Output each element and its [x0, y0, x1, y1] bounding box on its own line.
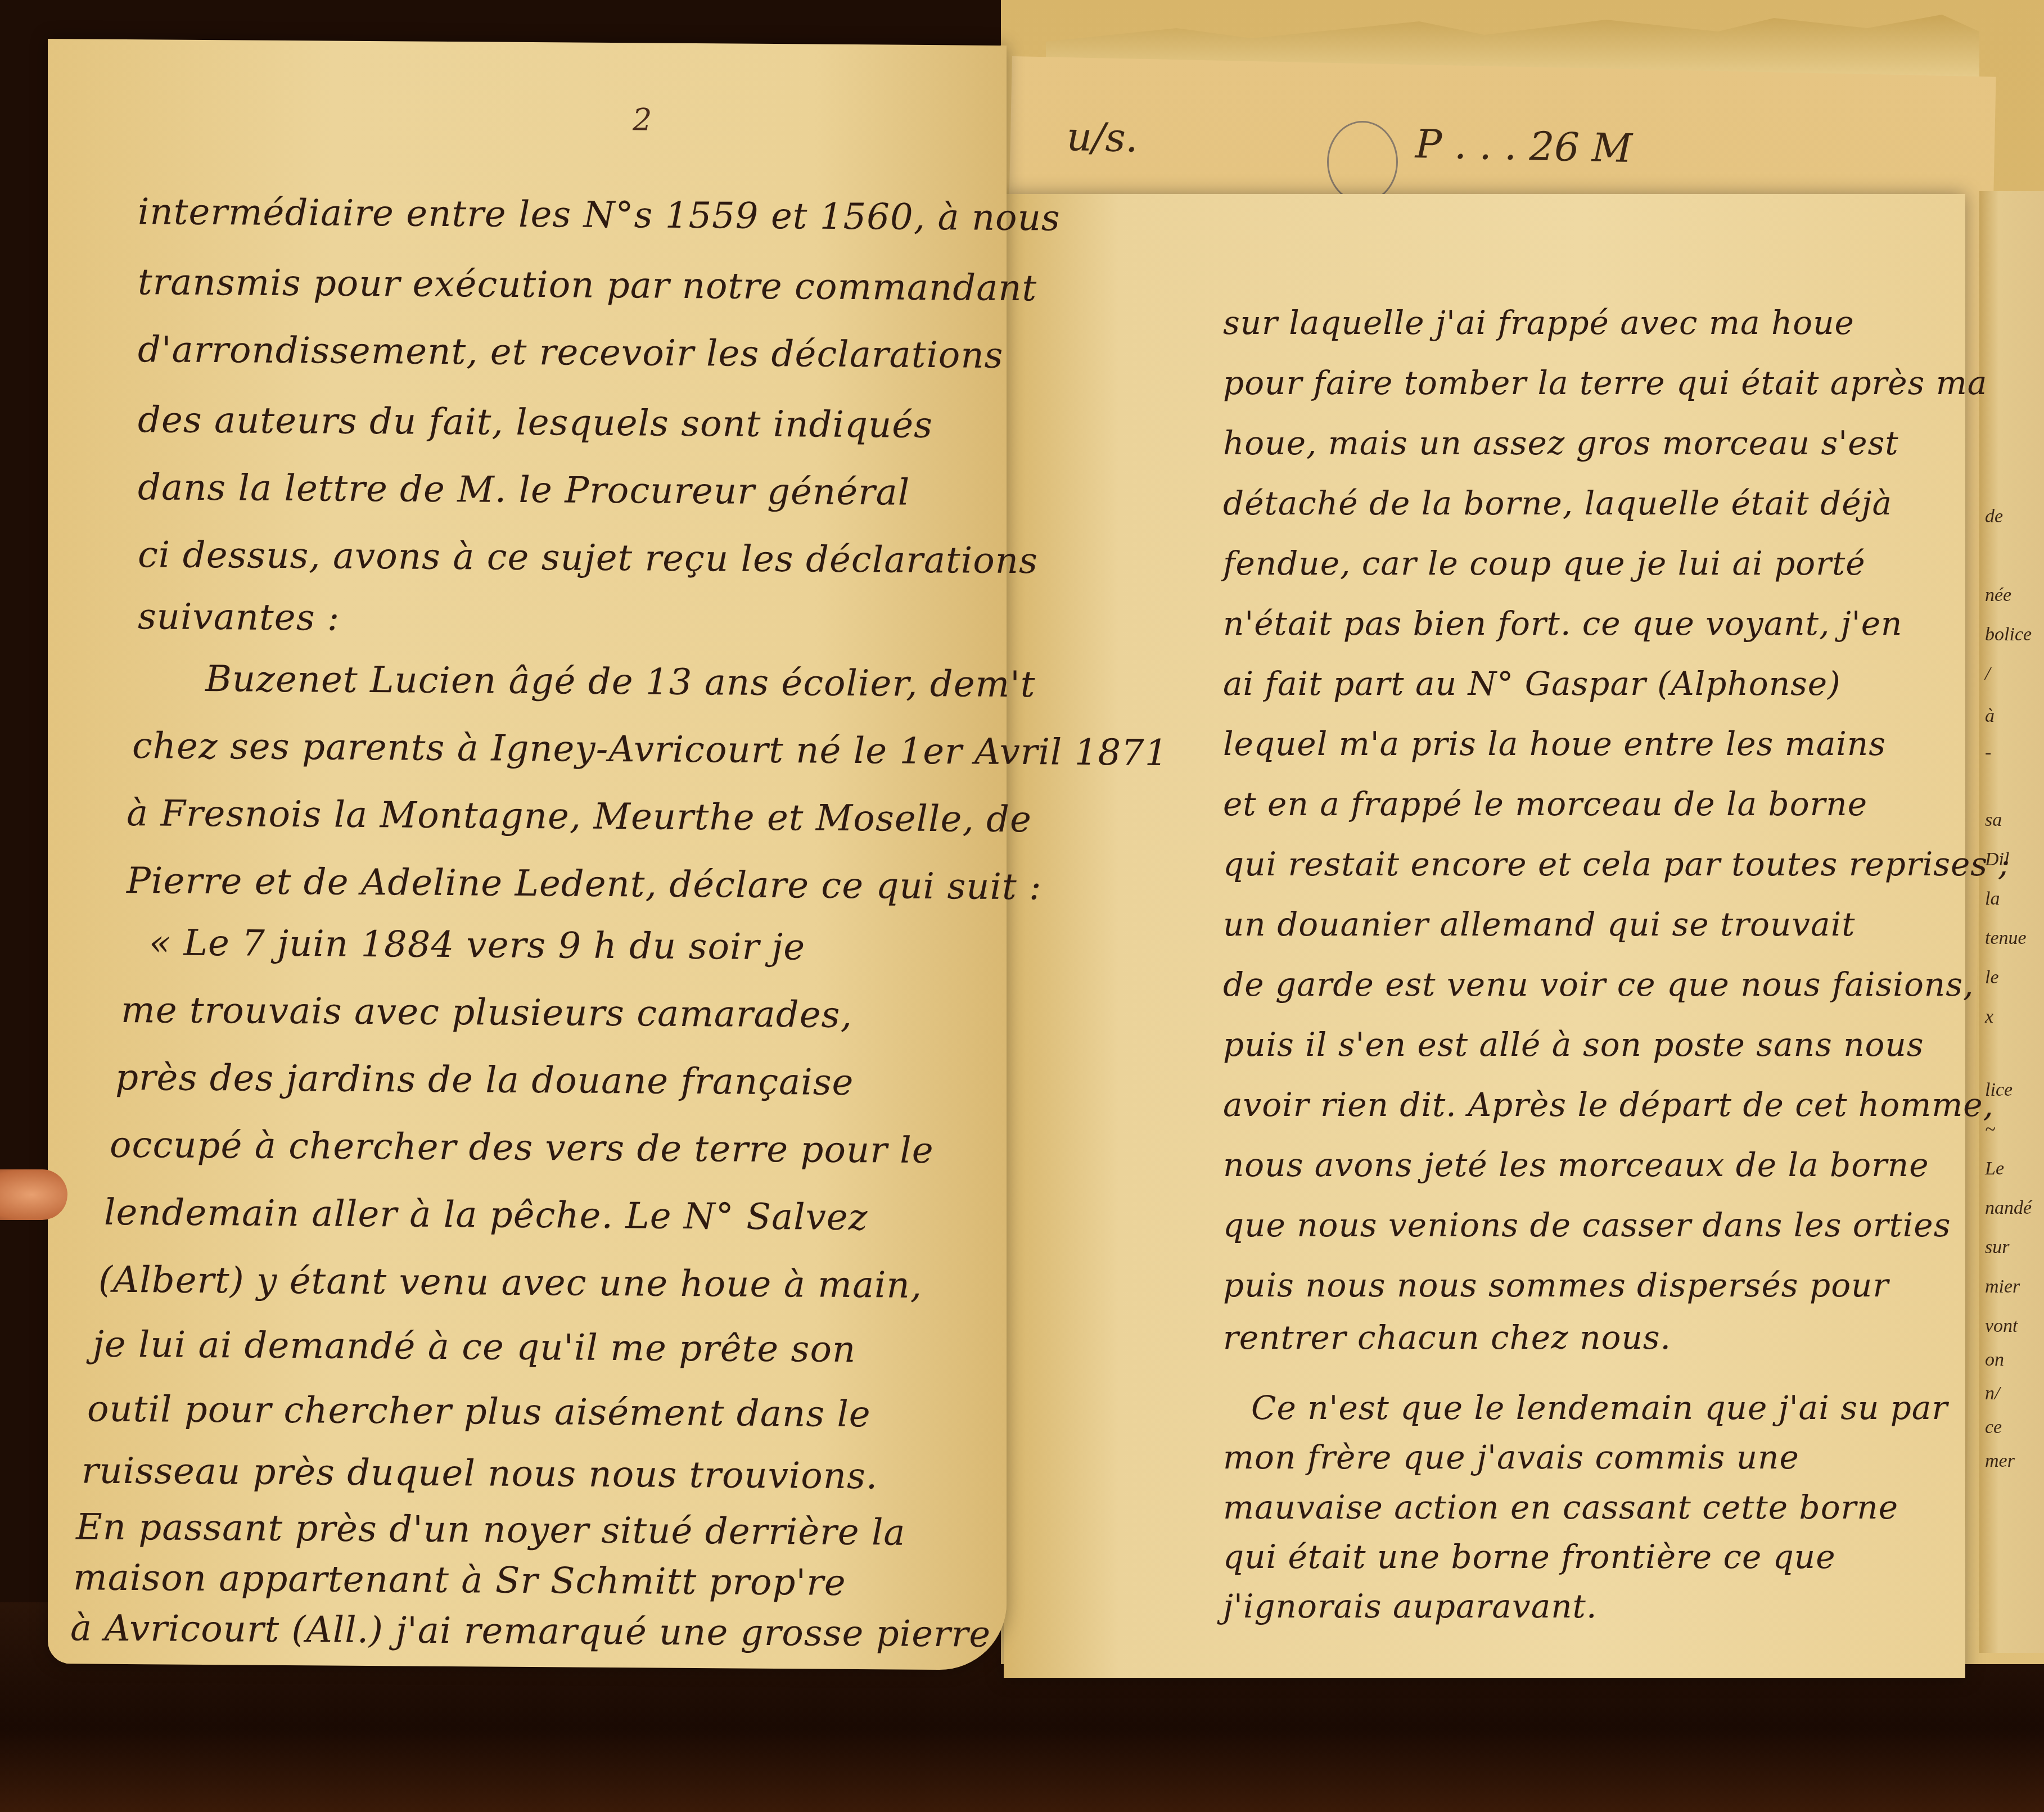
- text-line: ci dessus, avons à ce sujet reçu les déc…: [138, 534, 1038, 582]
- margin-fragment: née: [1985, 585, 2011, 606]
- folder-scrawl-2: P . . . 26 M: [1415, 121, 1632, 171]
- margin-fragment: vont: [1985, 1316, 2018, 1337]
- thumb-holding-page: [0, 1169, 67, 1220]
- text-line: d'arrondissement, et recevoir les déclar…: [138, 329, 1003, 377]
- text-line: pour faire tomber la terre qui était apr…: [1223, 364, 1987, 402]
- text-line: qui était une borne frontière ce que: [1223, 1538, 1836, 1576]
- margin-fragment: à: [1985, 706, 1995, 727]
- text-line: occupé à chercher des vers de terre pour…: [110, 1124, 934, 1172]
- text-line: avoir rien dit. Après le départ de cet h…: [1223, 1086, 1994, 1124]
- text-line: Pierre et de Adeline Ledent, déclare ce …: [127, 860, 1042, 908]
- text-line: houe, mais un assez gros morceau s'est: [1223, 424, 1899, 462]
- text-line: En passant près d'un noyer situé derrièr…: [76, 1506, 906, 1553]
- page-number: 2: [633, 102, 652, 137]
- circular-stamp-icon: [1327, 121, 1398, 203]
- margin-fragment: x: [1985, 1006, 1993, 1028]
- text-line: Buzenet Lucien âgé de 13 ans écolier, de…: [205, 658, 1036, 706]
- margin-fragment: mer: [1985, 1450, 2015, 1472]
- text-line: Ce n'est que le lendemain que j'ai su pa…: [1251, 1389, 1948, 1427]
- text-line: un douanier allemand qui se trouvait: [1223, 905, 1856, 943]
- photographed-folder: Ca... N° 37. u/s. P . . . 26 M de née bo…: [0, 0, 2044, 1812]
- right-margin-sheet: de née bolice / à - sa Dil la tenue le x…: [1979, 191, 2044, 1653]
- text-line: transmis pour exécution par notre comman…: [138, 261, 1037, 309]
- text-line: détaché de la borne, laquelle était déjà: [1223, 484, 1892, 522]
- text-line: n'était pas bien fort. ce que voyant, j'…: [1223, 604, 1902, 643]
- margin-fragment: nandé: [1985, 1198, 2032, 1219]
- text-line: lendemain aller à la pêche. Le N° Salvez: [104, 1192, 868, 1239]
- right-page: sur laquelle j'ai frappé avec ma houe po…: [1004, 194, 1965, 1678]
- text-line: (Albert) y étant venu avec une houe à ma…: [98, 1259, 922, 1307]
- margin-fragment: ce: [1985, 1417, 2002, 1438]
- text-line: qui restait encore et cela par toutes re…: [1223, 845, 2010, 883]
- text-line: et en a frappé le morceau de la borne: [1223, 785, 1867, 823]
- left-page: 2 intermédiaire entre les N°s 1559 et 15…: [48, 39, 1007, 1670]
- margin-fragment: n/: [1985, 1383, 2000, 1404]
- margin-fragment: /: [1985, 663, 1990, 685]
- text-line: que nous venions de casser dans les orti…: [1223, 1206, 1951, 1244]
- margin-fragment: tenue: [1985, 928, 2027, 949]
- text-line: j'ignorais auparavant.: [1223, 1587, 1597, 1625]
- text-line: sur laquelle j'ai frappé avec ma houe: [1223, 304, 1855, 342]
- text-line: dans la lettre de M. le Procureur généra…: [138, 467, 910, 514]
- text-line: outil pour chercher plus aisément dans l…: [87, 1389, 871, 1436]
- text-line: intermédiaire entre les N°s 1559 et 1560…: [138, 191, 1061, 239]
- text-line: ai fait part au N° Gaspar (Alphonse): [1223, 665, 1841, 703]
- text-line: rentrer chacun chez nous.: [1223, 1318, 1671, 1357]
- margin-fragment: bolice: [1985, 624, 2032, 645]
- text-line: nous avons jeté les morceaux de la borne: [1223, 1146, 1929, 1184]
- text-line: chez ses parents à Igney-Avricourt né le…: [132, 725, 1168, 774]
- margin-fragment: la: [1985, 888, 2000, 910]
- margin-fragment: le: [1985, 967, 1999, 988]
- text-line: lequel m'a pris la houe entre les mains: [1223, 725, 1886, 763]
- text-line: ruisseau près duquel nous nous trouvions…: [82, 1450, 878, 1497]
- text-line: fendue, car le coup que je lui ai porté: [1223, 544, 1866, 582]
- text-line: de garde est venu voir ce que nous faisi…: [1223, 965, 1974, 1004]
- margin-fragment: sa: [1985, 810, 2002, 831]
- margin-fragment: mier: [1985, 1276, 2020, 1298]
- text-line: puis nous nous sommes dispersés pour: [1223, 1266, 1889, 1304]
- margin-fragment: sur: [1985, 1237, 2009, 1258]
- margin-fragment: -: [1985, 742, 1991, 763]
- margin-fragment: de: [1985, 506, 2003, 527]
- margin-fragment: on: [1985, 1349, 2004, 1371]
- text-line: « Le 7 juin 1884 vers 9 h du soir je: [149, 922, 805, 968]
- folder-scrawl-1: u/s.: [1066, 114, 1139, 161]
- text-line: je lui ai demandé à ce qu'il me prête so…: [93, 1324, 856, 1371]
- text-line: à Avricourt (All.) j'ai remarqué une gro…: [70, 1607, 991, 1655]
- text-line: à Fresnois la Montagne, Meurthe et Mosel…: [127, 793, 1032, 841]
- text-line: des auteurs du fait, lesquels sont indiq…: [138, 399, 933, 446]
- text-line: maison appartenant à Sr Schmitt prop're: [73, 1557, 846, 1604]
- text-line: mauvaise action en cassant cette borne: [1223, 1488, 1898, 1526]
- text-line: suivantes :: [138, 596, 340, 639]
- text-line: près des jardins de la douane française: [115, 1057, 854, 1104]
- margin-fragment: Le: [1985, 1158, 2004, 1180]
- text-line: me trouvais avec plusieurs camarades,: [121, 989, 852, 1036]
- text-line: puis il s'en est allé à son poste sans n…: [1223, 1025, 1924, 1064]
- text-line: mon frère que j'avais commis une: [1223, 1438, 1799, 1476]
